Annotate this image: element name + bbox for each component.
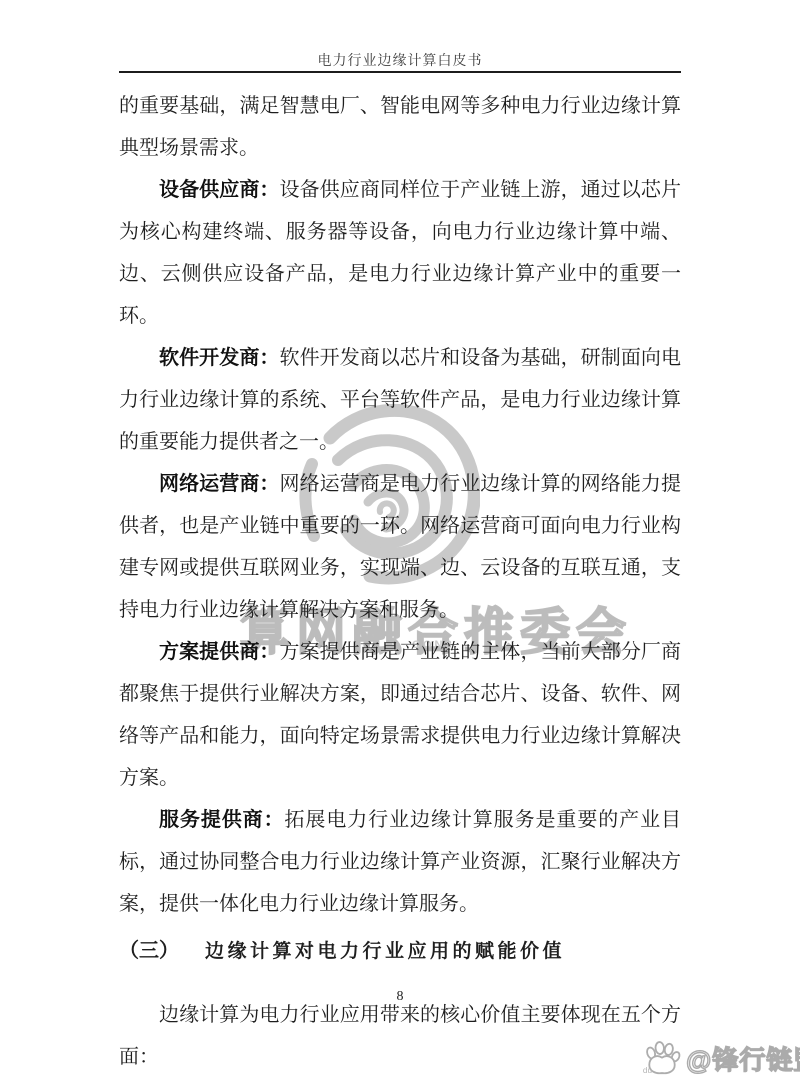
paragraph-lead: 服务提供商： [159,809,285,831]
paragraph-lead: 软件开发商： [159,347,279,369]
document-page: 电力行业边缘计算白皮书 算网融合推委会 CON8 的重要基础，满足智慧电厂、智能… [0,0,800,1085]
paragraph-text: 网络运营商是电力行业边缘计算的网络能力提供者，也是产业链中重要的一环。网络运营商… [119,473,681,621]
section-title: 边缘计算对电力行业应用的赋能价值 [205,941,565,962]
body-paragraph: 的重要基础，满足智慧电厂、智能电网等多种电力行业边缘计算典型场景需求。 [119,85,681,169]
corner-watermark-text: @锋行链盟 [686,1040,800,1077]
closing-paragraph: 边缘计算为电力行业应用带来的核心价值主要体现在五个方面： [119,994,681,1078]
header-title: 电力行业边缘计算白皮书 [318,54,483,69]
paragraph-lead: 网络运营商： [159,473,279,495]
paragraph-lead: 设备供应商： [159,179,279,201]
header-divider [119,71,681,73]
page-header: 电力行业边缘计算白皮书 [119,50,681,70]
section-number: （三） [119,940,179,962]
body-paragraph: 服务提供商：拓展电力行业边缘计算服务是重要的产业目标，通过协同整合电力行业边缘计… [119,799,681,925]
paragraph-text: 方案提供商是产业链的主体，当前大部分厂商都聚焦于提供行业解决方案，即通过结合芯片… [119,641,681,789]
body-paragraph: 网络运营商：网络运营商是电力行业边缘计算的网络能力提供者，也是产业链中重要的一环… [119,463,681,631]
paw-icon-label: du [643,1066,652,1075]
paragraph-text: 设备供应商同样位于产业链上游，通过以芯片为核心构建终端、服务器等设备，向电力行业… [119,179,681,327]
body-paragraph: 软件开发商：软件开发商以芯片和设备为基础，研制面向电力行业边缘计算的系统、平台等… [119,337,681,463]
page-number: 8 [0,989,800,1005]
baidu-paw-icon: du [642,1041,682,1076]
body-paragraph: 方案提供商：方案提供商是产业链的主体，当前大部分厂商都聚焦于提供行业解决方案，即… [119,631,681,799]
paragraph-text: 的重要基础，满足智慧电厂、智能电网等多种电力行业边缘计算典型场景需求。 [119,95,681,159]
paragraph-text: 边缘计算为电力行业应用带来的核心价值主要体现在五个方面： [119,1004,681,1068]
corner-watermark: du @锋行链盟 [642,1040,800,1077]
section-heading: （三）边缘计算对电力行业应用的赋能价值 [119,930,681,973]
document-body: 的重要基础，满足智慧电厂、智能电网等多种电力行业边缘计算典型场景需求。 设备供应… [119,85,681,1078]
paragraph-lead: 方案提供商： [159,641,279,663]
body-paragraph: 设备供应商：设备供应商同样位于产业链上游，通过以芯片为核心构建终端、服务器等设备… [119,169,681,337]
